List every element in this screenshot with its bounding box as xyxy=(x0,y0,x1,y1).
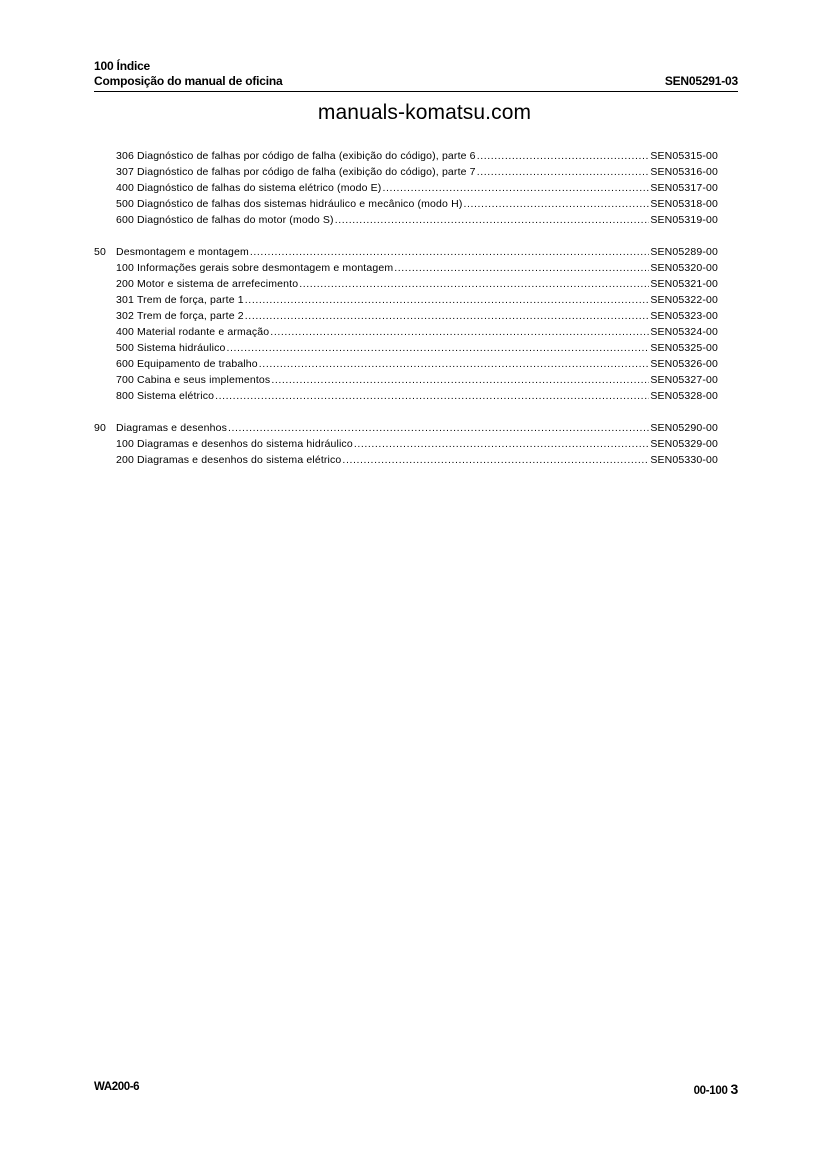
entry-title: Informações gerais sobre desmontagem e m… xyxy=(137,260,393,276)
entry-code: SEN05329-00 xyxy=(650,436,718,452)
watermark: manuals-komatsu.com xyxy=(0,101,831,125)
entry-number: 100 xyxy=(116,260,134,276)
toc-entry[interactable]: 200Diagramas e desenhos do sistema elétr… xyxy=(94,452,718,468)
leader-dots xyxy=(215,388,649,404)
entry-code: SEN05324-00 xyxy=(650,324,718,340)
section-title: 100 Índice xyxy=(94,59,738,74)
leader-dots xyxy=(382,180,649,196)
entry-number: 200 xyxy=(116,276,134,292)
toc-section-50[interactable]: 50Desmontagem e montagemSEN05289-00 xyxy=(94,244,718,260)
toc-entry[interactable]: 800Sistema elétricoSEN05328-00 xyxy=(94,388,718,404)
toc-entry[interactable]: 600Equipamento de trabalhoSEN05326-00 xyxy=(94,356,718,372)
footer-model: WA200-6 xyxy=(94,1081,139,1093)
entry-number: 400 xyxy=(116,324,134,340)
entry-number: 302 xyxy=(116,308,134,324)
header-row: Composição do manual de oficina SEN05291… xyxy=(94,74,738,92)
toc-entry[interactable]: 700Cabina e seus implementosSEN05327-00 xyxy=(94,372,718,388)
entry-number: 400 xyxy=(116,180,134,196)
leader-dots xyxy=(228,420,649,436)
section-subtitle: Composição do manual de oficina xyxy=(94,74,283,89)
entry-title: Cabina e seus implementos xyxy=(137,372,270,388)
page-number: 3 xyxy=(731,1081,739,1097)
toc-entry[interactable]: 400Material rodante e armaçãoSEN05324-00 xyxy=(94,324,718,340)
entry-code: SEN05325-00 xyxy=(650,340,718,356)
leader-dots xyxy=(342,452,649,468)
leader-dots xyxy=(299,276,649,292)
entry-title: Diagramas e desenhos do sistema hidráuli… xyxy=(137,436,353,452)
entry-code: SEN05315-00 xyxy=(650,148,718,164)
entry-title: Diagnóstico de falhas por código de falh… xyxy=(137,148,476,164)
watermark-text: manuals-komatsu.com xyxy=(318,101,531,125)
entry-code: SEN05320-00 xyxy=(650,260,718,276)
spacer xyxy=(94,228,718,244)
entry-title: Motor e sistema de arrefecimento xyxy=(137,276,298,292)
entry-code: SEN05318-00 xyxy=(650,196,718,212)
toc-section-90[interactable]: 90Diagramas e desenhosSEN05290-00 xyxy=(94,420,718,436)
section-title: Desmontagem e montagem xyxy=(116,244,249,260)
leader-dots xyxy=(226,340,649,356)
entry-number: 307 xyxy=(116,164,134,180)
leader-dots xyxy=(477,148,650,164)
entry-number: 500 xyxy=(116,196,134,212)
entry-code: SEN05327-00 xyxy=(650,372,718,388)
toc-entry[interactable]: 307Diagnóstico de falhas por código de f… xyxy=(94,164,718,180)
page-header: 100 Índice Composição do manual de ofici… xyxy=(94,59,738,92)
toc-entry[interactable]: 500Sistema hidráulicoSEN05325-00 xyxy=(94,340,718,356)
leader-dots xyxy=(250,244,650,260)
entry-title: Sistema hidráulico xyxy=(137,340,226,356)
leader-dots xyxy=(463,196,649,212)
leader-dots xyxy=(245,308,650,324)
page-prefix: 00-100 xyxy=(694,1085,728,1097)
spacer xyxy=(94,404,718,420)
entry-number: 100 xyxy=(116,436,134,452)
leader-dots xyxy=(270,324,649,340)
entry-title: Equipamento de trabalho xyxy=(137,356,258,372)
entry-code: SEN05321-00 xyxy=(650,276,718,292)
entry-title: Diagnóstico de falhas dos sistemas hidrá… xyxy=(137,196,462,212)
entry-number: 301 xyxy=(116,292,134,308)
toc-entry[interactable]: 301Trem de força, parte 1SEN05322-00 xyxy=(94,292,718,308)
section-title: Diagramas e desenhos xyxy=(116,420,227,436)
entry-code: SEN05330-00 xyxy=(650,452,718,468)
leader-dots xyxy=(354,436,650,452)
entry-number: 306 xyxy=(116,148,134,164)
entry-title: Diagnóstico de falhas do motor (modo S) xyxy=(137,212,334,228)
leader-dots xyxy=(259,356,650,372)
leader-dots xyxy=(477,164,650,180)
toc-entry[interactable]: 306Diagnóstico de falhas por código de f… xyxy=(94,148,718,164)
toc-entry[interactable]: 200Motor e sistema de arrefecimentoSEN05… xyxy=(94,276,718,292)
entry-code: SEN05319-00 xyxy=(650,212,718,228)
entry-number: 800 xyxy=(116,388,134,404)
leader-dots xyxy=(335,212,650,228)
leader-dots xyxy=(245,292,650,308)
entry-number: 700 xyxy=(116,372,134,388)
section-code: SEN05290-00 xyxy=(650,420,718,436)
entry-code: SEN05317-00 xyxy=(650,180,718,196)
entry-number: 500 xyxy=(116,340,134,356)
section-code: SEN05289-00 xyxy=(650,244,718,260)
toc-entry[interactable]: 100Informações gerais sobre desmontagem … xyxy=(94,260,718,276)
toc-entry[interactable]: 100Diagramas e desenhos do sistema hidrá… xyxy=(94,436,718,452)
section-number: 50 xyxy=(94,244,116,260)
entry-code: SEN05326-00 xyxy=(650,356,718,372)
entry-title: Trem de força, parte 1 xyxy=(137,292,244,308)
footer-page: 00-100 3 xyxy=(694,1081,738,1097)
entry-title: Trem de força, parte 2 xyxy=(137,308,244,324)
entry-code: SEN05328-00 xyxy=(650,388,718,404)
leader-dots xyxy=(271,372,649,388)
entry-title: Sistema elétrico xyxy=(137,388,214,404)
table-of-contents: 306Diagnóstico de falhas por código de f… xyxy=(94,148,718,468)
entry-number: 600 xyxy=(116,356,134,372)
entry-title: Diagramas e desenhos do sistema elétrico xyxy=(137,452,341,468)
entry-code: SEN05323-00 xyxy=(650,308,718,324)
toc-entry[interactable]: 302Trem de força, parte 2SEN05323-00 xyxy=(94,308,718,324)
entry-number: 600 xyxy=(116,212,134,228)
document-code: SEN05291-03 xyxy=(665,74,738,89)
entry-code: SEN05316-00 xyxy=(650,164,718,180)
toc-entry[interactable]: 500Diagnóstico de falhas dos sistemas hi… xyxy=(94,196,718,212)
entry-code: SEN05322-00 xyxy=(650,292,718,308)
toc-entry[interactable]: 600Diagnóstico de falhas do motor (modo … xyxy=(94,212,718,228)
entry-number: 200 xyxy=(116,452,134,468)
entry-title: Diagnóstico de falhas do sistema elétric… xyxy=(137,180,381,196)
leader-dots xyxy=(394,260,649,276)
entry-title: Diagnóstico de falhas por código de falh… xyxy=(137,164,476,180)
section-number: 90 xyxy=(94,420,116,436)
entry-title: Material rodante e armação xyxy=(137,324,269,340)
toc-entry[interactable]: 400Diagnóstico de falhas do sistema elét… xyxy=(94,180,718,196)
